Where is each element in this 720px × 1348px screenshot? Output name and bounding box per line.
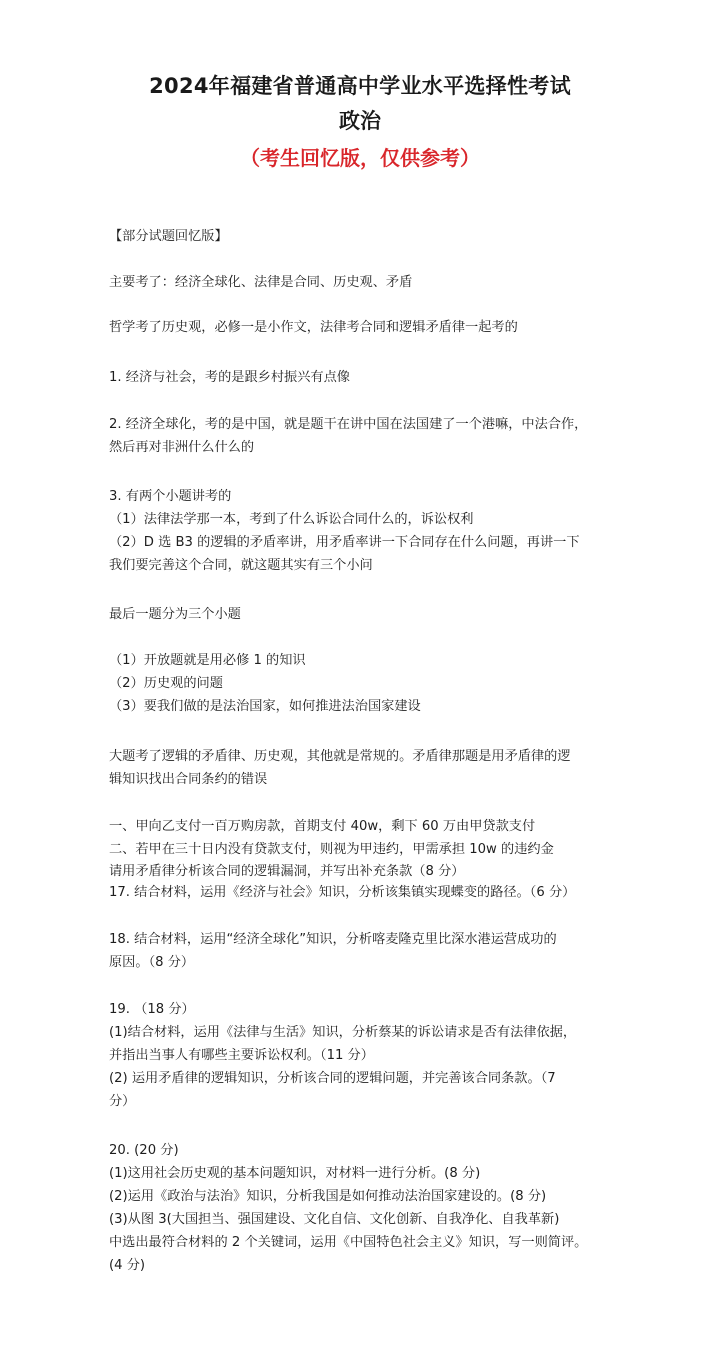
summary-main-topics: 主要考了：经济全球化、法律是合同、历史观、矛盾 <box>109 274 412 292</box>
question-19-heading: 19. （18 分） <box>109 1001 195 1019</box>
question-20-sub-3-line-1: (3)从图 3(大国担当、强国建设、文化自信、文化创新、自我净化、自我革新) <box>109 1211 559 1229</box>
question-18-line-1: 18. 结合材料，运用“经济全球化”知识，分析喀麦隆克里比深水港运营成功的 <box>109 931 557 949</box>
recall-version-note: （考生回忆版，仅供参考） <box>0 142 720 171</box>
question-20-sub-1: (1)这用社会历史观的基本问题知识，对材料一进行分析。(8 分) <box>109 1165 480 1183</box>
question-19-sub-1-line-2: 并指出当事人有哪些主要诉讼权利。（11 分） <box>109 1047 374 1065</box>
contract-clause-2: 二、若甲在三十日内没有贷款支付，则视为甲违约，甲需承担 10w 的违约金 <box>109 841 554 859</box>
contract-clause-1: 一、甲向乙支付一百万购房款，首期支付 40w，剩下 60 万由甲贷款支付 <box>109 818 535 836</box>
recall-item-3-sub-2-line-2: 我们要完善这个合同，就这题其实有三个小问 <box>109 557 373 575</box>
question-18-line-2: 原因。（8 分） <box>109 954 194 972</box>
recall-item-2-line-1: 2. 经济全球化，考的是中国，就是题干在讲中国在法国建了一个港嘛，中法合作， <box>109 416 587 434</box>
big-question-line-1: 大题考了逻辑的矛盾律、历史观，其他就是常规的。矛盾律那题是用矛盾律的逻 <box>109 748 571 766</box>
summary-philosophy: 哲学考了历史观，必修一是小作文，法律考合同和逻辑矛盾律一起考的 <box>109 319 518 337</box>
contract-question: 请用矛盾律分析该合同的逻辑漏洞，并写出补充条款（8 分） <box>109 863 464 881</box>
recall-item-3-sub-2-line-1: （2）D 选 B3 的逻辑的矛盾率讲，用矛盾率讲一下合同存在什么问题，再讲一下 <box>109 534 580 552</box>
question-19-sub-2-line-1: (2) 运用矛盾律的逻辑知识，分析该合同的逻辑问题，并完善该合同条款。（7 <box>109 1070 556 1088</box>
question-20-sub-3-line-2: 中选出最符合材料的 2 个关键词，运用《中国特色社会主义》知识，写一则简评。 <box>109 1234 587 1252</box>
question-19-sub-2-line-2: 分） <box>109 1093 135 1111</box>
recall-item-2-line-2: 然后再对非洲什么什么的 <box>109 439 254 457</box>
section-label: 【部分试题回忆版】 <box>109 228 228 246</box>
recall-item-3: 3. 有两个小题讲考的 <box>109 488 231 506</box>
question-20-sub-3-line-3: (4 分) <box>109 1257 145 1275</box>
last-question-heading: 最后一题分为三个小题 <box>109 606 241 624</box>
question-17: 17. 结合材料，运用《经济与社会》知识，分析该集镇实现蝶变的路径。（6 分） <box>109 884 575 902</box>
last-question-sub-3: （3）要我们做的是法治国家，如何推进法治国家建设 <box>109 698 421 716</box>
question-19-sub-1-line-1: (1)结合材料，运用《法律与生活》知识，分析蔡某的诉讼请求是否有法律依据， <box>109 1024 576 1042</box>
last-question-sub-2: （2）历史观的问题 <box>109 675 223 693</box>
document-page: 2024年福建省普通高中学业水平选择性考试 政治 （考生回忆版，仅供参考） 【部… <box>0 0 720 1348</box>
last-question-sub-1: （1）开放题就是用必修 1 的知识 <box>109 652 306 670</box>
question-20-heading: 20. (20 分) <box>109 1142 179 1160</box>
recall-item-3-sub-1: （1）法律法学那一本，考到了什么诉讼合同什么的，诉讼权利 <box>109 511 473 529</box>
exam-subject: 政治 <box>0 105 720 135</box>
big-question-line-2: 辑知识找出合同条约的错误 <box>109 771 267 789</box>
exam-title: 2024年福建省普通高中学业水平选择性考试 <box>0 70 720 100</box>
recall-item-1: 1. 经济与社会，考的是跟乡村振兴有点像 <box>109 369 350 387</box>
question-20-sub-2: (2)运用《政治与法治》知识，分析我国是如何推动法治国家建设的。(8 分) <box>109 1188 546 1206</box>
